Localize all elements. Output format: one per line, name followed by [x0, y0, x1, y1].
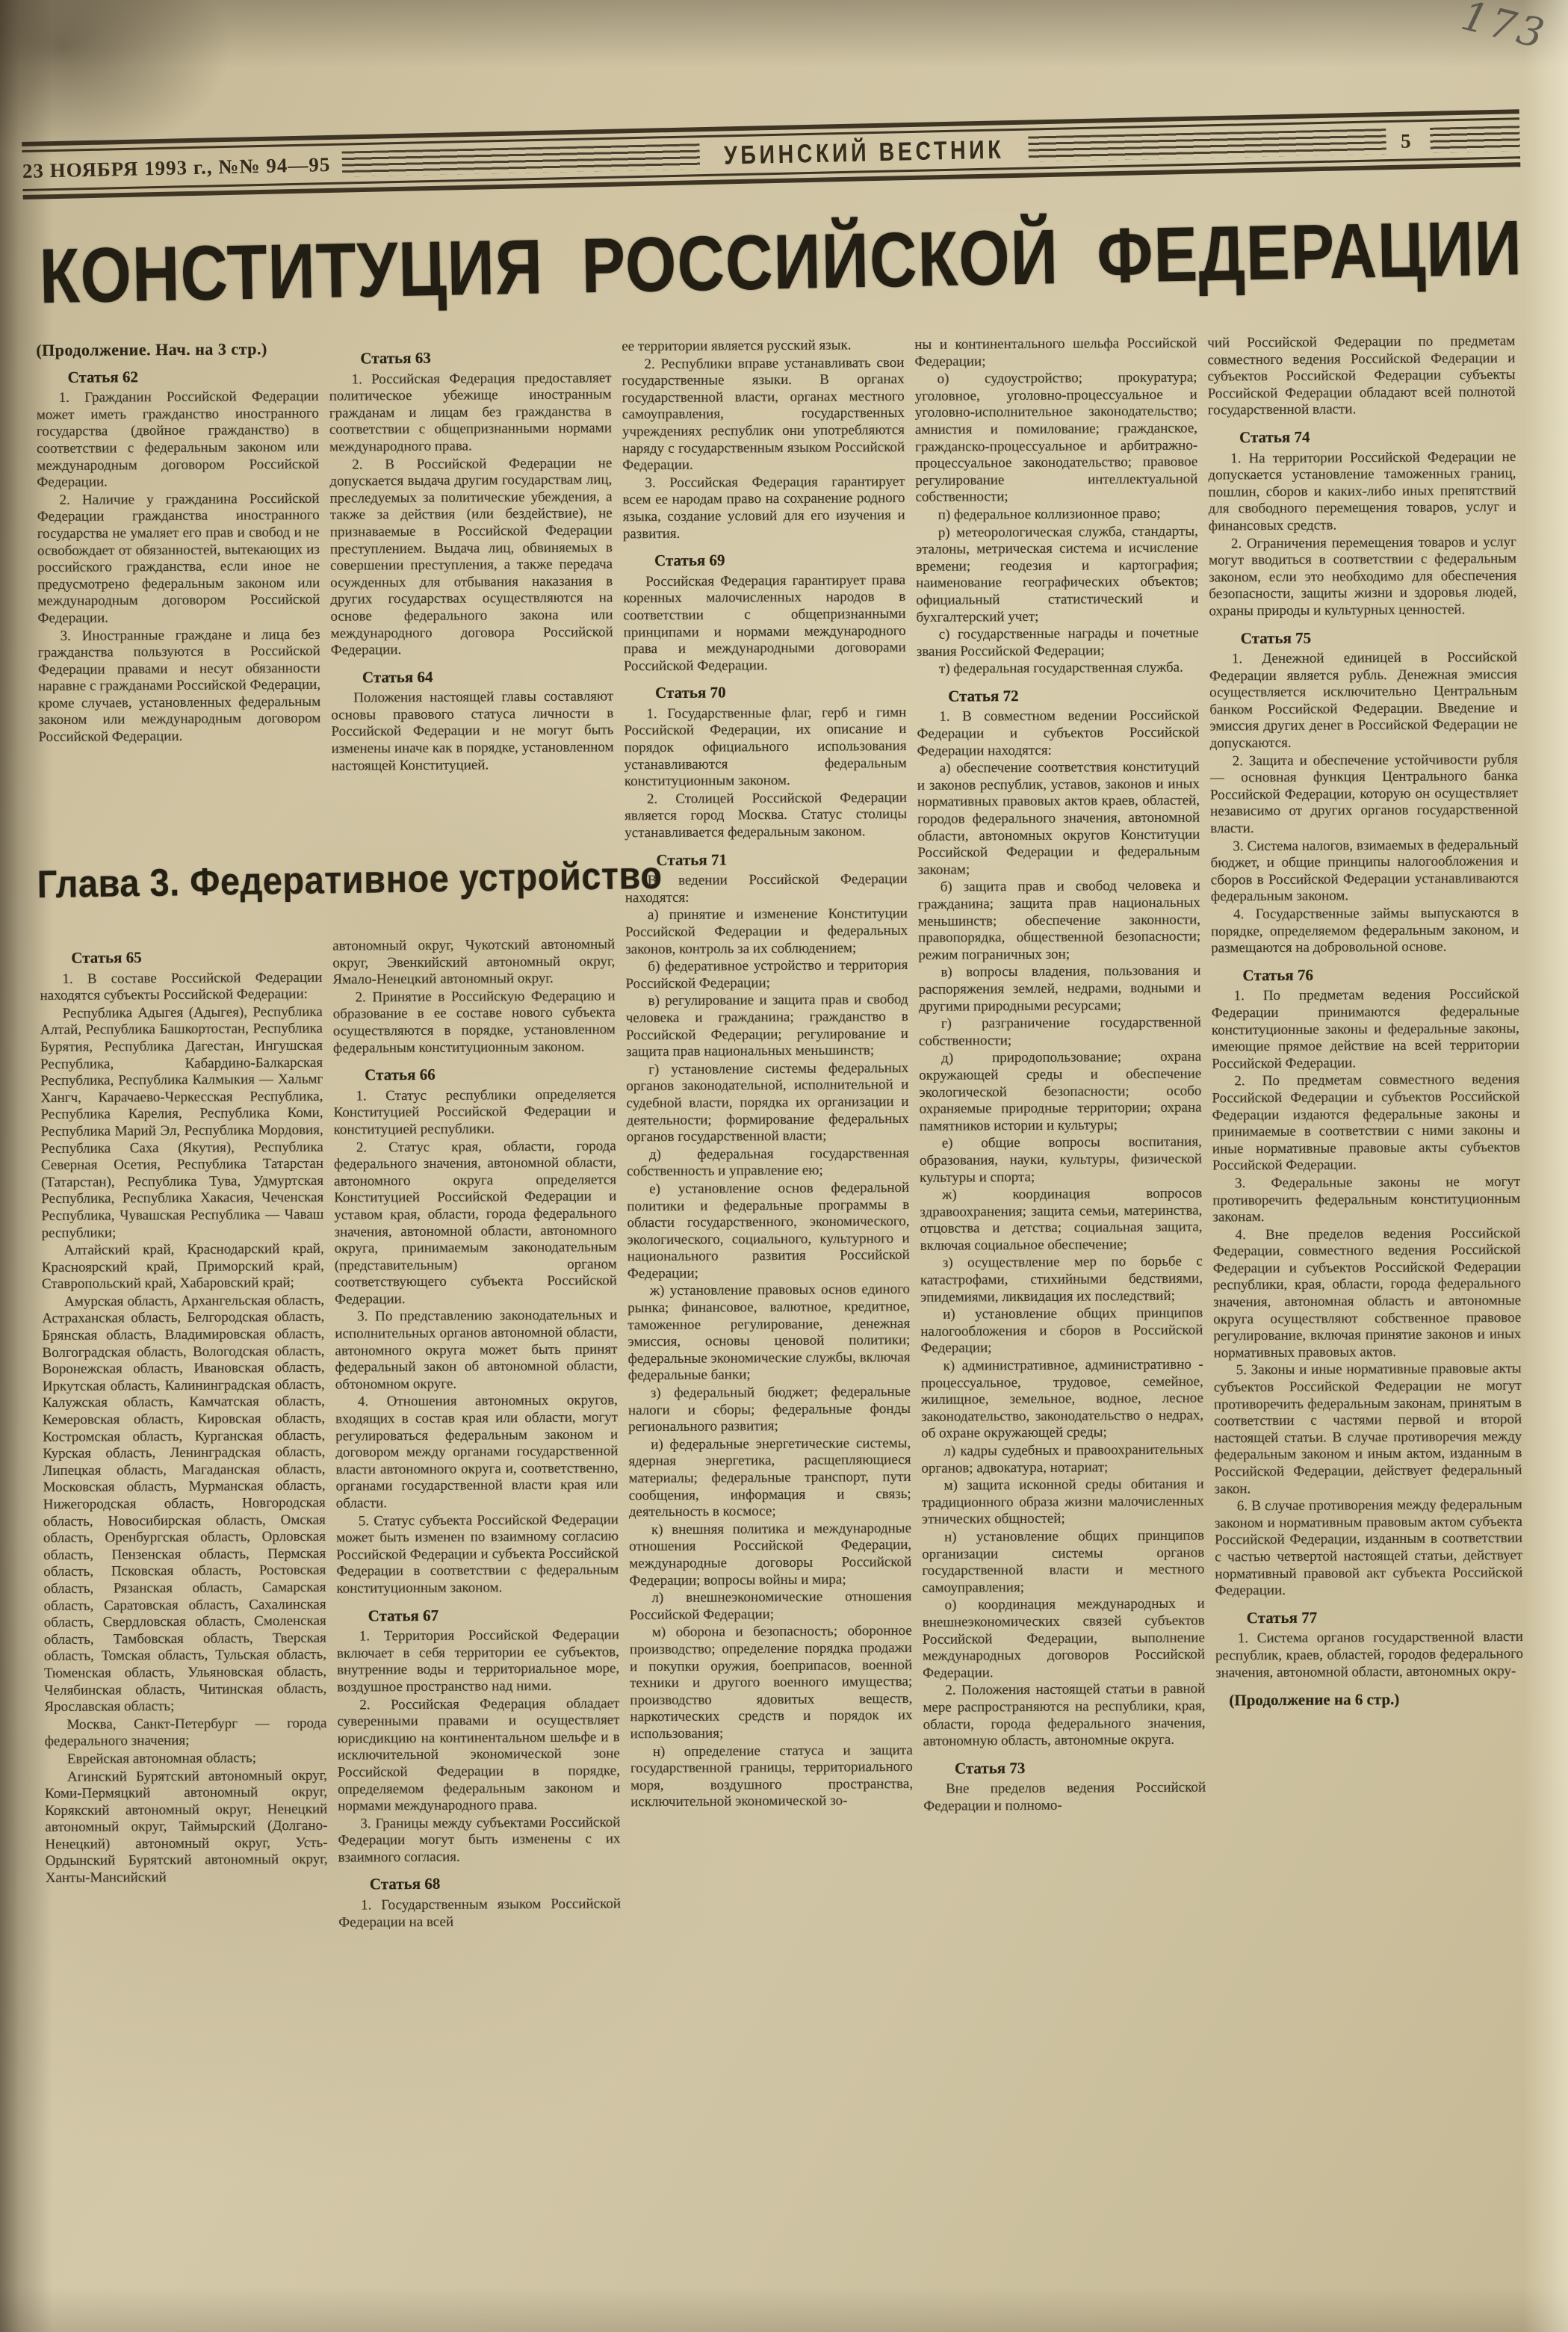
body-paragraph: Вне пределов ведения Российской Федераци…	[923, 1780, 1206, 1815]
body-paragraph: 2. Столицей Российской Федерации являетс…	[625, 790, 907, 842]
body-paragraph: р) метеорологическая служба, стандарты, …	[916, 523, 1199, 626]
body-paragraph: 1. Государственным языком Российской Фед…	[338, 1896, 621, 1931]
body-paragraph: 5. Статус субъекта Российской Федерации …	[336, 1512, 619, 1598]
body-paragraph: 3. Федеральные законы не могут противоре…	[1212, 1174, 1520, 1226]
body-paragraph: Российская Федерация гарантирует права к…	[623, 572, 906, 675]
body-paragraph: б) защита прав и свобод человека и гражд…	[918, 878, 1201, 964]
body-paragraph: 4. Отношения автономных округов, входящи…	[335, 1393, 619, 1512]
body-paragraph: к) внешняя политика и международные отно…	[629, 1521, 912, 1590]
article-heading: Статья 64	[362, 667, 613, 686]
body-paragraph: 2. Положения настоящей статьи в равной м…	[923, 1681, 1206, 1751]
body-paragraph: 4. Государственные займы выпускаются в п…	[1211, 905, 1519, 957]
body-paragraph: Республика Адыгея (Адыгея), Республика А…	[40, 1004, 324, 1243]
body-paragraph: В ведении Российской Федерации находятся…	[625, 871, 908, 906]
body-paragraph: 1. Государственные флаг, герб и гимн Рос…	[624, 705, 907, 791]
newspaper-sheet: 23 НОЯБРЯ 1993 г., №№ 94—95 УБИНСКИЙ ВЕС…	[0, 0, 1568, 2332]
article-heading: Статья 72	[948, 686, 1199, 705]
text-column-1-lower: Статья 651. В составе Российской Федерац…	[40, 938, 330, 2327]
article-heading: Статья 77	[1247, 1608, 1523, 1627]
article-heading: Статья 69	[654, 551, 905, 569]
continuation-paragraph: чий Российской Федерации по предметам со…	[1207, 333, 1516, 419]
text-column-2-lower: автономный округ, Чукотский автономный о…	[332, 936, 623, 2325]
body-paragraph: б) федеративное устройство и территория …	[625, 957, 908, 992]
continuation-paragraph: ны и континентального шельфа Российской …	[914, 335, 1197, 371]
body-paragraph: д) федеральная государственная собственн…	[627, 1145, 909, 1181]
body-paragraph: н) установление общих принципов организа…	[922, 1528, 1205, 1598]
page-number: 5	[1398, 129, 1419, 153]
body-paragraph: 1. Территория Российской Федерации включ…	[337, 1627, 620, 1697]
body-paragraph: 1. На территории Российской Федерации не…	[1208, 449, 1516, 535]
continuation-paragraph: ее территории является русский язык.	[622, 337, 904, 356]
article-heading: Статья 65	[71, 948, 322, 967]
body-paragraph: Еврейская автономная область;	[45, 1750, 327, 1769]
body-paragraph: ж) установление правовых основ единого р…	[627, 1281, 911, 1385]
body-paragraph: 3. Иностранные граждане и лица без гражд…	[38, 626, 321, 746]
body-paragraph: н) определение статуса и защита государс…	[630, 1742, 914, 1811]
body-paragraph: 1. Гражданин Российской Федерации может …	[37, 389, 320, 492]
body-paragraph: 2. Принятие в Российскую Федерацию и обр…	[333, 988, 616, 1057]
chapter-heading: Глава 3. Федеративное устройство	[37, 853, 627, 906]
continued-on-note: (Продолжение на 6 стр.)	[1229, 1690, 1523, 1709]
body-paragraph: Москва, Санкт-Петербург — города федерал…	[44, 1715, 326, 1750]
body-paragraph: а) обеспечение соответствия конституций …	[917, 759, 1200, 879]
article-heading: Статья 74	[1239, 427, 1516, 446]
body-paragraph: л) кадры судебных и правоохранительных о…	[921, 1442, 1203, 1477]
hatch-lines-left	[342, 143, 700, 176]
body-paragraph: 2. По предметам совместного ведения Росс…	[1212, 1071, 1520, 1175]
body-paragraph: м) оборона и безопасность; оборонное про…	[630, 1623, 913, 1742]
body-paragraph: 4. Вне пределов ведения Российской Федер…	[1213, 1225, 1522, 1362]
text-column-3: ее территории является русский язык.2. Р…	[622, 337, 916, 2326]
article-heading: Статья 73	[955, 1758, 1206, 1777]
body-paragraph: 3. Российская Федерация гарантирует всем…	[622, 474, 905, 543]
headline-title: КОНСТИТУЦИЯ РОССИЙСКОЙ ФЕДЕРАЦИИ	[39, 203, 1505, 321]
body-paragraph: о) судоустройство; прокуратура; уголовно…	[915, 370, 1198, 507]
article-heading: Статья 71	[656, 850, 907, 869]
newspaper-masthead: УБИНСКИЙ ВЕСТНИК	[724, 134, 1005, 170]
body-paragraph: 2. Российская Федерация обладает суверен…	[337, 1695, 620, 1815]
article-heading: Статья 76	[1242, 965, 1519, 984]
body-paragraph: Амурская область, Архангельская область,…	[42, 1293, 326, 1716]
body-paragraph: о) координация международных и внешнеэко…	[923, 1596, 1206, 1682]
text-column-5: чий Российской Федерации по предметам со…	[1207, 333, 1527, 2307]
body-paragraph: д) природопользование; охрана окружающей…	[919, 1049, 1202, 1135]
body-paragraph: 1. По предметам ведения Российской Федер…	[1212, 986, 1520, 1072]
body-paragraph: л) внешнеэкономические отношения Российс…	[629, 1589, 911, 1624]
body-paragraph: 1. Статус республики определяется Консти…	[333, 1086, 616, 1139]
body-paragraph: е) установление основ федеральной полити…	[627, 1180, 910, 1283]
body-paragraph: в) регулирование и защита прав и свобод …	[626, 992, 909, 1061]
body-paragraph: 3. Границы между субъектами Российской Ф…	[338, 1814, 620, 1866]
body-paragraph: Алтайский край, Краснодарский край, Крас…	[42, 1241, 324, 1293]
hatch-lines-edge	[1430, 126, 1520, 153]
page-header: 23 НОЯБРЯ 1993 г., №№ 94—95 УБИНСКИЙ ВЕС…	[22, 109, 1520, 200]
article-heading: Статья 66	[365, 1066, 616, 1084]
body-paragraph: 5. Законы и иные нормативные правовые ак…	[1214, 1361, 1522, 1497]
body-paragraph: 1. Система органов государственной власт…	[1215, 1629, 1523, 1681]
article-heading: Статья 63	[360, 348, 611, 367]
body-paragraph: п) федеральное коллизионное право;	[916, 506, 1198, 525]
body-paragraph: 2. Защита и обеспечение устойчивости руб…	[1210, 752, 1519, 838]
body-paragraph: Положения настоящей главы составляют осн…	[331, 689, 614, 775]
body-paragraph: 1. В совместном ведении Российской Федер…	[917, 708, 1199, 760]
article-heading: Статья 62	[67, 367, 318, 386]
text-column-4: ны и континентального шельфа Российской …	[914, 335, 1209, 2325]
article-heading: Статья 68	[370, 1875, 621, 1893]
continuation-paragraph: автономный округ, Чукотский автономный о…	[332, 936, 615, 989]
body-paragraph: с) государственные награды и почетные зв…	[917, 625, 1199, 661]
body-paragraph: з) осуществление мер по борьбе с катастр…	[920, 1254, 1203, 1306]
body-paragraph: Агинский Бурятский автономный округ, Ком…	[45, 1767, 328, 1887]
newspaper-page-scan: 173 23 НОЯБРЯ 1993 г., №№ 94—95 УБИНСКИЙ…	[0, 0, 1568, 2332]
body-paragraph: а) принятие и изменение Конституции Росс…	[625, 906, 908, 958]
body-paragraph: 2. Ограничения перемещения товаров и усл…	[1209, 534, 1517, 620]
body-paragraph: и) установление общих принципов налогооб…	[920, 1305, 1203, 1358]
body-paragraph: 6. В случае противорения между федеральн…	[1215, 1497, 1523, 1600]
body-paragraph: т) федеральная государственная служба.	[917, 660, 1199, 678]
body-paragraph: 2. Республики вправе устанавливать свои …	[622, 355, 905, 474]
article-heading: Статья 67	[368, 1606, 619, 1624]
body-paragraph: 2. Наличие у гражданина Российской Федер…	[37, 491, 320, 628]
body-paragraph: 2. Статус края, области, города федераль…	[334, 1138, 617, 1308]
article-heading: Статья 70	[655, 683, 906, 702]
body-paragraph: з) федеральный бюджет; федеральные налог…	[628, 1384, 911, 1436]
body-paragraph: 1. В составе Российской Федерации находя…	[40, 969, 322, 1004]
body-paragraph: 1. Российская Федерация предоставляет по…	[329, 370, 612, 456]
body-paragraph: м) защита исконной среды обитания и трад…	[922, 1476, 1204, 1529]
body-paragraph: к) административное, административно - п…	[921, 1357, 1204, 1443]
body-paragraph: 1. Денежной единицей в Российской Федера…	[1209, 649, 1518, 752]
body-paragraph: ж) координация вопросов здравоохранения;…	[920, 1186, 1203, 1255]
body-paragraph: 3. По представлению законодательных и ис…	[335, 1308, 618, 1394]
hatch-lines-right	[1028, 129, 1386, 161]
body-paragraph: 3. Система налогов, взимаемых в федераль…	[1210, 837, 1519, 906]
article-heading: Статья 75	[1241, 628, 1517, 646]
body-paragraph: е) общие вопросы воспитания, образования…	[920, 1134, 1202, 1187]
body-paragraph: 2. В Российской Федерации не допускается…	[329, 455, 613, 659]
body-paragraph: и) федеральные энергетические системы, я…	[628, 1435, 911, 1521]
body-paragraph: в) вопросы владения, пользования и распо…	[918, 963, 1200, 1015]
text-column-1-upper: (Продолжение. Нач. на 3 стр.)Статья 621.…	[36, 341, 321, 859]
date-issue: 23 НОЯБРЯ 1993 г., №№ 94—95	[22, 152, 331, 182]
text-column-2-upper: Статья 631. Российская Федерация предост…	[329, 338, 614, 857]
body-paragraph: г) установление системы федеральных орга…	[626, 1060, 909, 1146]
continuation-note: (Продолжение. Нач. на 3 стр.)	[36, 341, 318, 359]
body-paragraph: г) разграничение государственной собстве…	[919, 1015, 1201, 1050]
